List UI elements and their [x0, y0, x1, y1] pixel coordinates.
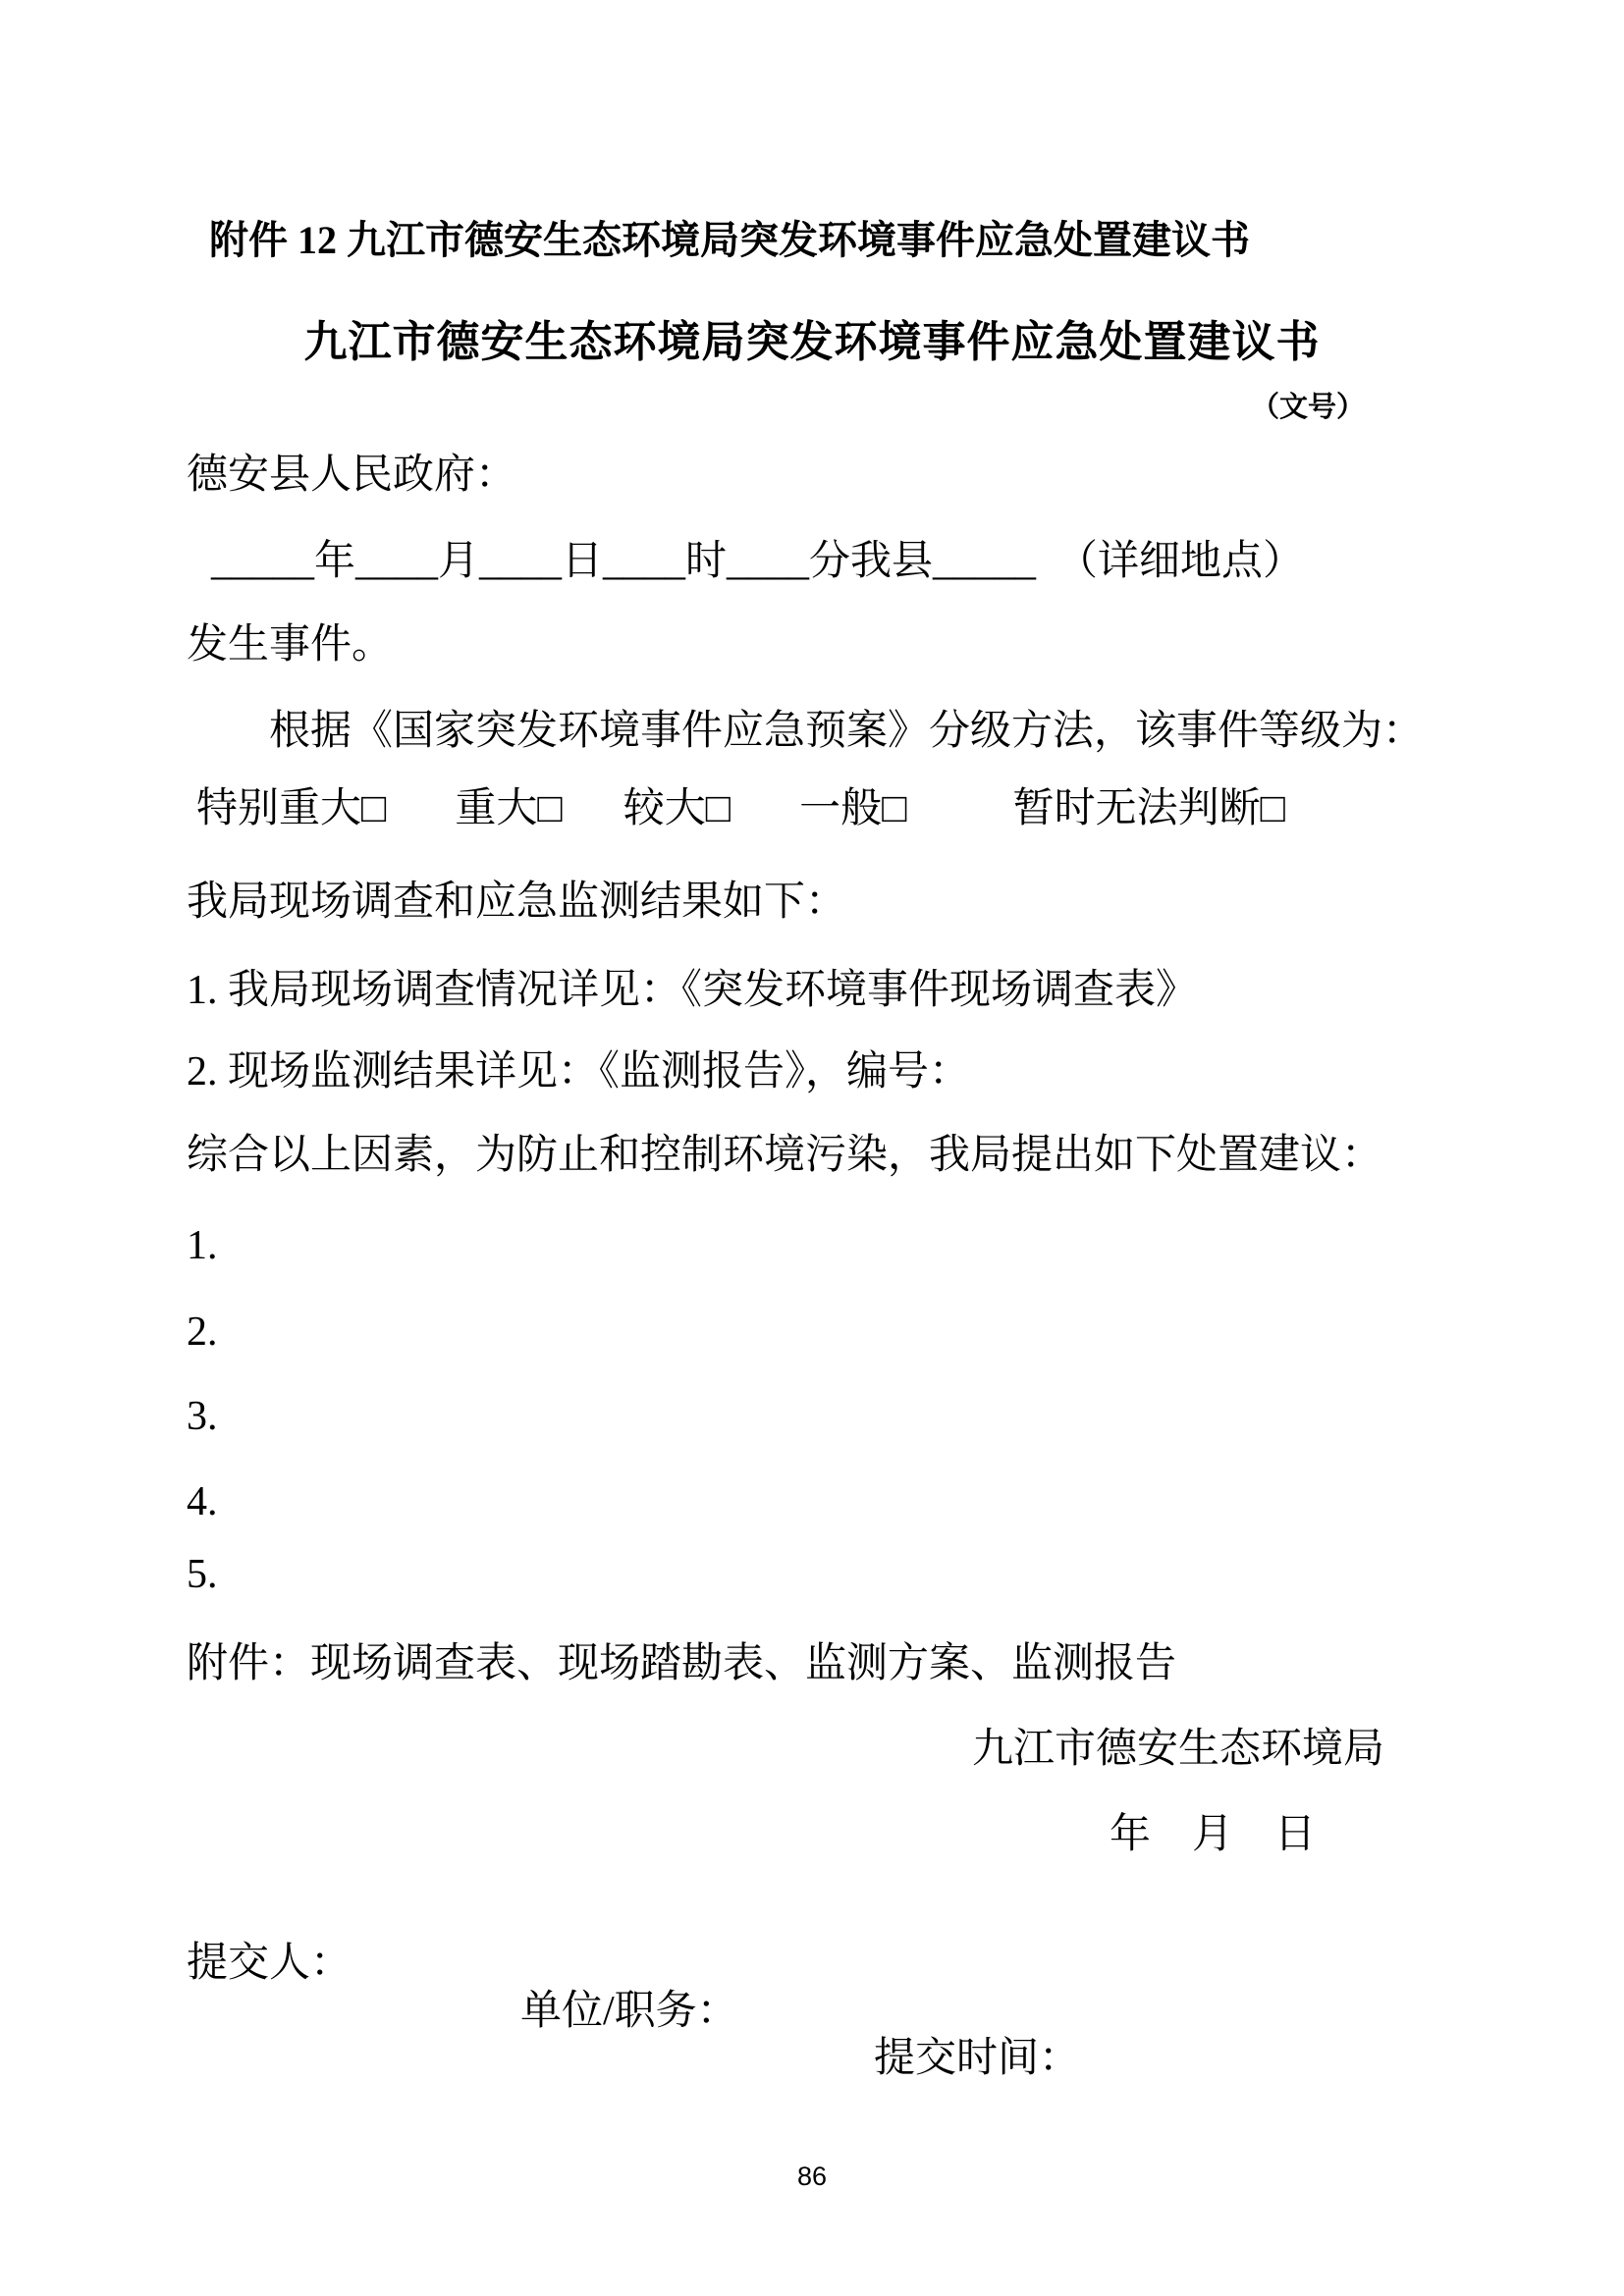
severity-option-large: 较大□ — [623, 785, 731, 832]
severity-option-label: 较大 — [623, 786, 706, 831]
survey-item-text: 1. 我局现场调查情况详见：《突发环境事件现场调查表》 — [187, 967, 1197, 1014]
severity-option-undetermined: 暂时无法判断□ — [1013, 785, 1285, 832]
synthesis-text: 综合以上因素，为防止和控制环境污染，我局提出如下处置建议： — [187, 1132, 1382, 1179]
severity-option-label: 一般 — [799, 786, 882, 831]
suggestion-number-2: 2. — [187, 1308, 218, 1356]
suggestion-number-5: 5. — [187, 1551, 218, 1598]
agency-signature: 九江市德安生态环境局 — [972, 1726, 1384, 1773]
document-page: 附件 12 九江市德安生态环境局突发环境事件应急处置建议书 九江市德安生态环境局… — [0, 0, 1624, 2296]
attachment-heading: 附件 12 九江市德安生态环境局突发环境事件应急处置建议书 — [209, 218, 1250, 263]
severity-options-row: 特别重大□ 重大□ 较大□ 一般□ 暂时无法判断□ — [196, 785, 1285, 832]
submit-time-label: 提交时间： — [874, 2035, 1080, 2082]
checkbox-icon: □ — [361, 786, 386, 831]
checkbox-icon: □ — [706, 786, 731, 831]
incident-time-blanks: _____年____月____日____时____分我县_____ （详细地点） — [211, 538, 1304, 585]
severity-option-extreme: 特别重大□ — [196, 785, 386, 832]
suggestion-number-1: 1. — [187, 1222, 218, 1269]
grading-basis-text: 根据《国家突发环境事件应急预案》分级方法，该事件等级为： — [187, 708, 1424, 755]
attachments-list-text: 附件：现场调查表、现场踏勘表、监测方案、监测报告 — [187, 1640, 1176, 1687]
salutation: 德安县人民政府： — [187, 452, 516, 499]
monitoring-item-text: 2. 现场监测结果详见：《监测报告》，编号： — [187, 1048, 970, 1095]
page-number: 86 — [187, 2162, 1437, 2192]
checkbox-icon: □ — [882, 786, 906, 831]
checkbox-icon: □ — [1261, 786, 1285, 831]
severity-option-label: 重大 — [455, 786, 537, 831]
doc-number-placeholder: （文号） — [1251, 392, 1365, 424]
results-intro-text: 我局现场调查和应急监测结果如下： — [187, 879, 846, 926]
submission-info-row: 提交人： 单位/职务： 提交时间： — [187, 1893, 1437, 1951]
signature-date-blanks: 年 月 日 — [1110, 1811, 1316, 1858]
severity-option-label: 暂时无法判断 — [1013, 786, 1261, 831]
suggestion-number-4: 4. — [187, 1478, 218, 1525]
severity-option-label: 特别重大 — [196, 786, 361, 831]
severity-option-major: 重大□ — [455, 785, 562, 832]
unit-position-label: 单位/职务： — [520, 1988, 738, 2035]
submitter-label: 提交人： — [187, 1940, 352, 1987]
checkbox-icon: □ — [537, 786, 562, 831]
suggestion-number-3: 3. — [187, 1393, 218, 1440]
severity-option-general: 一般□ — [799, 785, 906, 832]
document-title: 九江市德安生态环境局突发环境事件应急处置建议书 — [187, 318, 1437, 368]
incident-occurred-text: 发生事件。 — [187, 621, 393, 668]
